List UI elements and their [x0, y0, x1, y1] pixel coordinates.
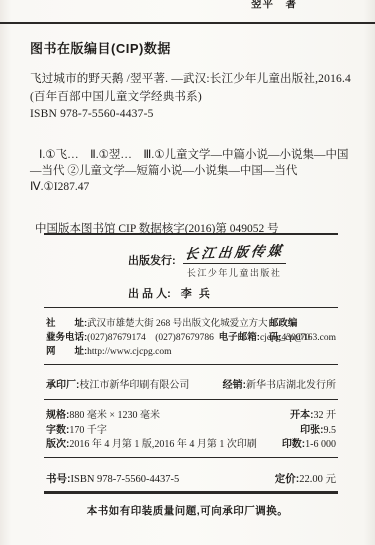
price-label: 定价: — [275, 473, 300, 485]
publisher-row: 出版发行: 长江出版传媒 长江少年儿童出版社 — [128, 241, 286, 279]
publisher-logo: 长江出版传媒 长江少年儿童出版社 — [183, 241, 286, 279]
spec-wordcount: 字数:170 千字 — [46, 424, 257, 439]
website-label: 网 址: — [46, 346, 87, 357]
contact-phone-row: 业务电话:(027)87679174 (027)87679786 电子邮箱:cj… — [46, 329, 336, 343]
producer-label: 出 品 人: — [128, 288, 171, 300]
specs-right-column: 开本:32 开 印张:9.5 印数:1-6 000 — [282, 409, 336, 453]
printer-row: 承印厂:枝江市新华印刷有限公司 经销:新华书店湖北发行所 — [46, 376, 336, 391]
distributor-label: 经销: — [223, 380, 246, 391]
specs-section: 规格:880 毫米 × 1230 毫米 字数:170 千字 版次:2016 年 … — [46, 409, 336, 453]
book-number-row: 书号:ISBN 978-7-5560-4437-5 定价:22.00 元 — [46, 471, 336, 486]
specs-left-column: 规格:880 毫米 × 1230 毫米 字数:170 千字 版次:2016 年 … — [46, 409, 257, 453]
website-value: http://www.cjcpg.com — [87, 347, 171, 357]
phone-field: 业务电话:(027)87679174 (027)87679786 — [46, 329, 214, 343]
cip-classification-line1: Ⅰ.①飞… Ⅱ.①翌… Ⅲ.①儿童文学—中篇小说—小说集—中国 — [39, 147, 352, 163]
producer-row: 出 品 人:李 兵 — [128, 285, 212, 301]
quality-notice: 本书如有印装质量问题,可向承印厂调换。 — [0, 503, 375, 518]
email-value: cjcpg_cp@163.com — [260, 333, 336, 343]
cip-heading: 图书在版编目(CIP)数据 — [30, 38, 352, 57]
cip-classification: Ⅰ.①飞… Ⅱ.①翌… Ⅲ.①儿童文学—中篇小说—小说集—中国 —当代 ②儿童文… — [30, 147, 352, 195]
producer-name: 李 兵 — [181, 288, 212, 300]
distributor-value: 新华书店湖北发行所 — [246, 380, 336, 391]
publisher-logo-script: 长江出版传媒 — [181, 239, 287, 265]
publisher-label: 出版发行: — [128, 252, 176, 268]
email-label: 电子邮箱: — [219, 332, 260, 343]
spec-printrun: 印数:1-6 000 — [282, 438, 336, 453]
printer-label: 承印厂: — [46, 380, 79, 391]
spec-edition: 版次:2016 年 4 月第 1 版,2016 年 4 月第 1 次印刷 — [46, 438, 257, 453]
book-copyright-page: { "page": { "author": "翌平 著", "cip": { "… — [0, 0, 375, 545]
divider-booknumber-top — [44, 457, 338, 458]
divider-bottom — [44, 491, 338, 494]
phone-value: (027)87679174 (027)87679786 — [87, 333, 214, 343]
cip-isbn: ISBN 978-7-5560-4437-5 — [30, 106, 352, 124]
address-label: 社 址: — [46, 318, 87, 329]
book-number-field: 书号:ISBN 978-7-5560-4437-5 — [46, 471, 179, 486]
top-divider — [0, 22, 375, 24]
divider-printer-top — [44, 364, 338, 365]
printer-field: 承印厂:枝江市新华印刷有限公司 — [46, 376, 189, 391]
cip-section: 图书在版编目(CIP)数据 飞过城市的野天鹅 /翌平著. —武汉:长江少年儿童出… — [30, 38, 352, 236]
website-field: 网 址:http://www.cjcpg.com — [46, 343, 172, 357]
spec-sheets: 印张:9.5 — [282, 424, 336, 439]
price-value: 22.00 元 — [299, 474, 336, 485]
price-field: 定价:22.00 元 — [275, 471, 336, 486]
cip-classification-line2: —当代 ②儿童文学—短篇小说—小说集—中国—当代 Ⅳ.①I287.47 — [30, 163, 352, 195]
divider-contact-top — [44, 307, 338, 308]
printer-value: 枝江市新华印刷有限公司 — [79, 380, 189, 391]
divider-specs-top — [44, 399, 338, 400]
contact-website-row: 网 址:http://www.cjcpg.com — [46, 343, 336, 357]
spec-format: 规格:880 毫米 × 1230 毫米 — [46, 409, 257, 424]
imprint-block: 出版发行: 长江出版传媒 长江少年儿童出版社 出 品 人:李 兵 社 址:武汉市… — [44, 233, 338, 523]
author-credit: 翌平 著 — [251, 0, 297, 11]
publisher-logo-name: 长江少年儿童出版社 — [183, 263, 286, 279]
email-field: 电子邮箱:cjcpg_cp@163.com — [219, 329, 336, 343]
cip-series-note: (百年百部中国儿童文学经典书系) — [30, 89, 352, 107]
spec-sheetsize: 开本:32 开 — [282, 409, 336, 424]
cip-book-entry: 飞过城市的野天鹅 /翌平著. —武汉:长江少年儿童出版社,2016.4 — [30, 71, 352, 89]
divider-imprint-top — [44, 233, 338, 235]
book-number-label: 书号: — [46, 473, 71, 485]
book-number-value: ISBN 978-7-5560-4437-5 — [71, 474, 180, 485]
phone-label: 业务电话: — [46, 332, 87, 343]
distributor-field: 经销:新华书店湖北发行所 — [223, 376, 336, 391]
